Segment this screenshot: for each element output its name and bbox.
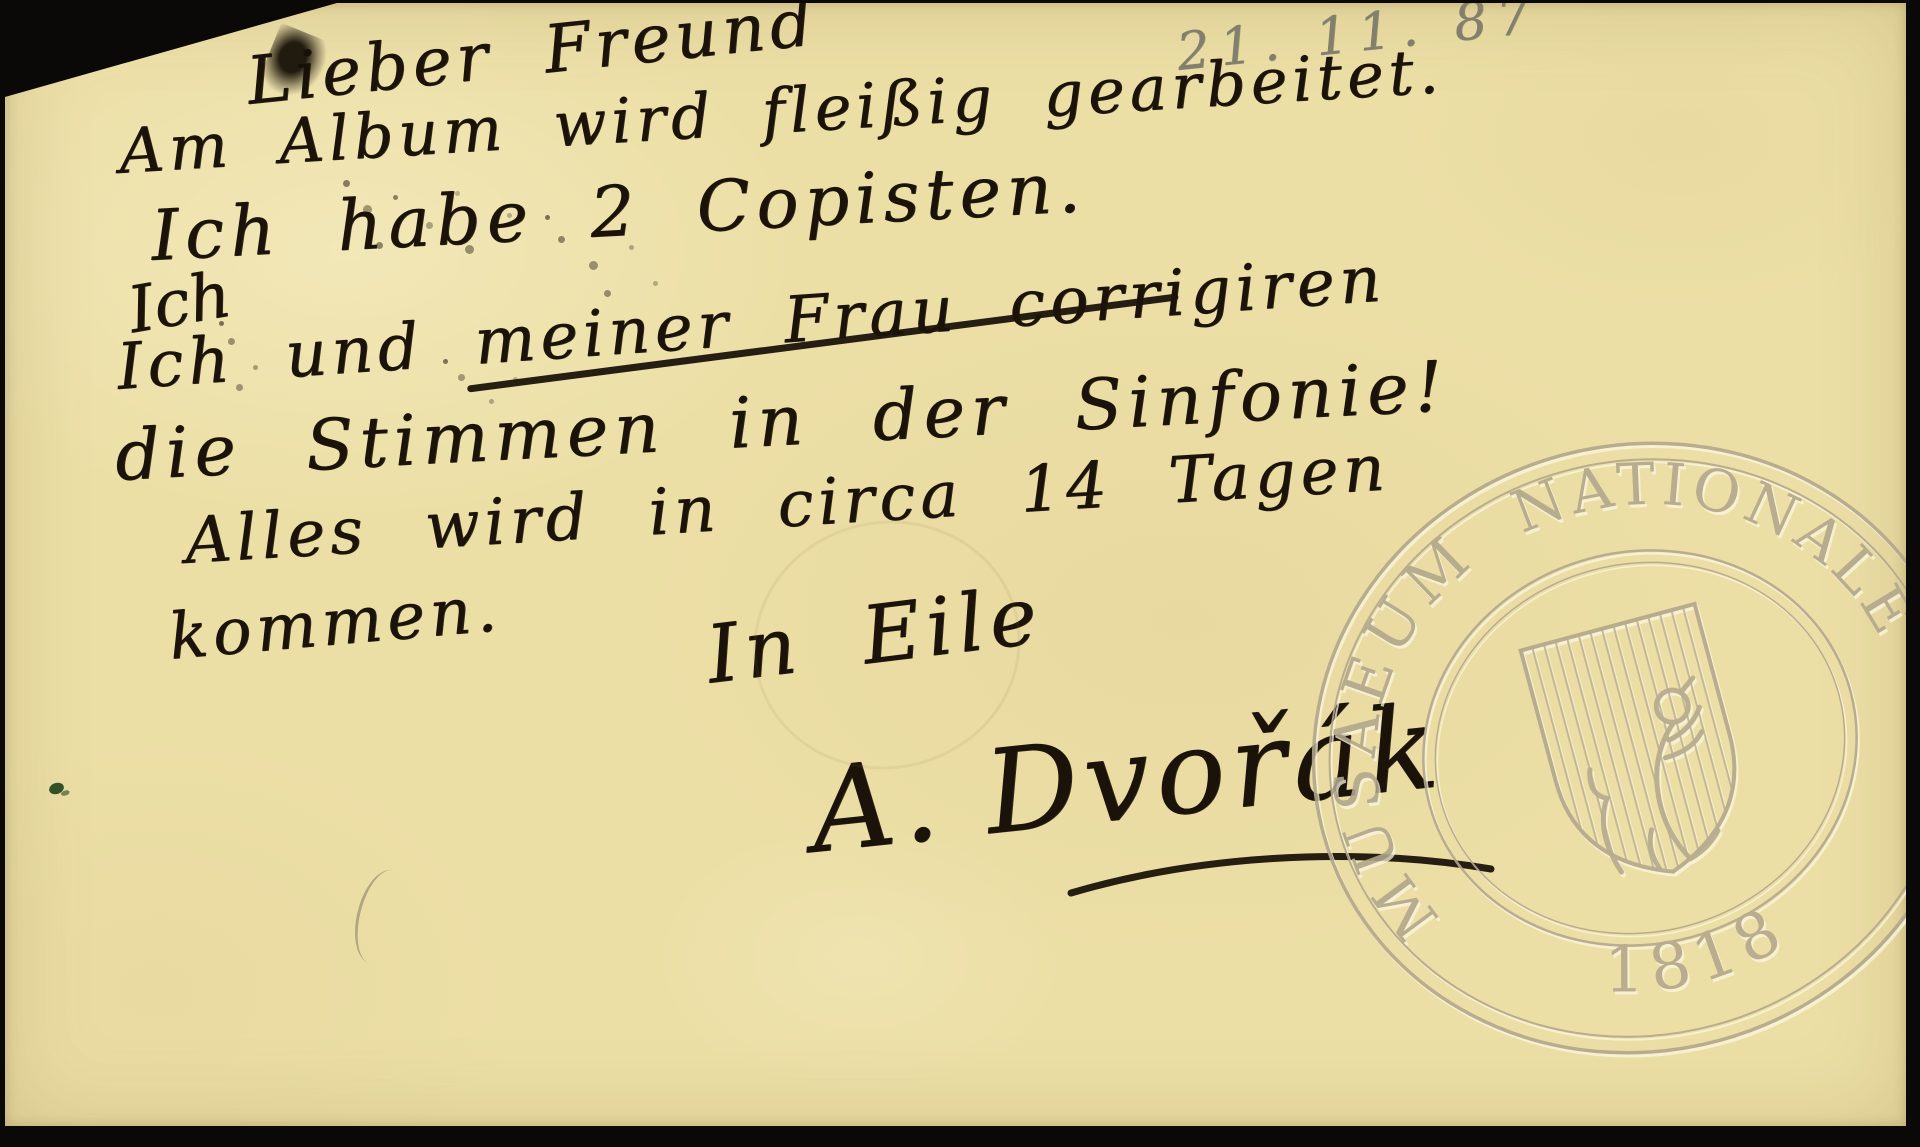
pencil-mark <box>346 864 417 969</box>
line-kommen: kommen. <box>166 572 504 675</box>
ink-speckles <box>219 321 224 326</box>
national-museum-stamp: MUSAEUM NATIONALE 1818 <box>1150 418 1906 1126</box>
postcard-paper: 21. 11. 87 Lieber Freund Am Album wird f… <box>5 3 1906 1126</box>
shield-hatching <box>1531 602 1750 898</box>
stamp-word-musaeum: MUSAEUM <box>1259 511 1578 961</box>
green-speck <box>48 781 66 796</box>
bohemian-lion-icon <box>1571 678 1738 881</box>
ink-speckles <box>443 359 448 364</box>
scanned-postcard: 21. 11. 87 Lieber Freund Am Album wird f… <box>0 0 1920 1147</box>
underlined-words: meiner Frau <box>472 272 960 380</box>
ink-speckles <box>545 215 550 220</box>
line-frau-underlined: meiner Frau <box>472 272 960 380</box>
ink-speckles <box>335 151 340 156</box>
